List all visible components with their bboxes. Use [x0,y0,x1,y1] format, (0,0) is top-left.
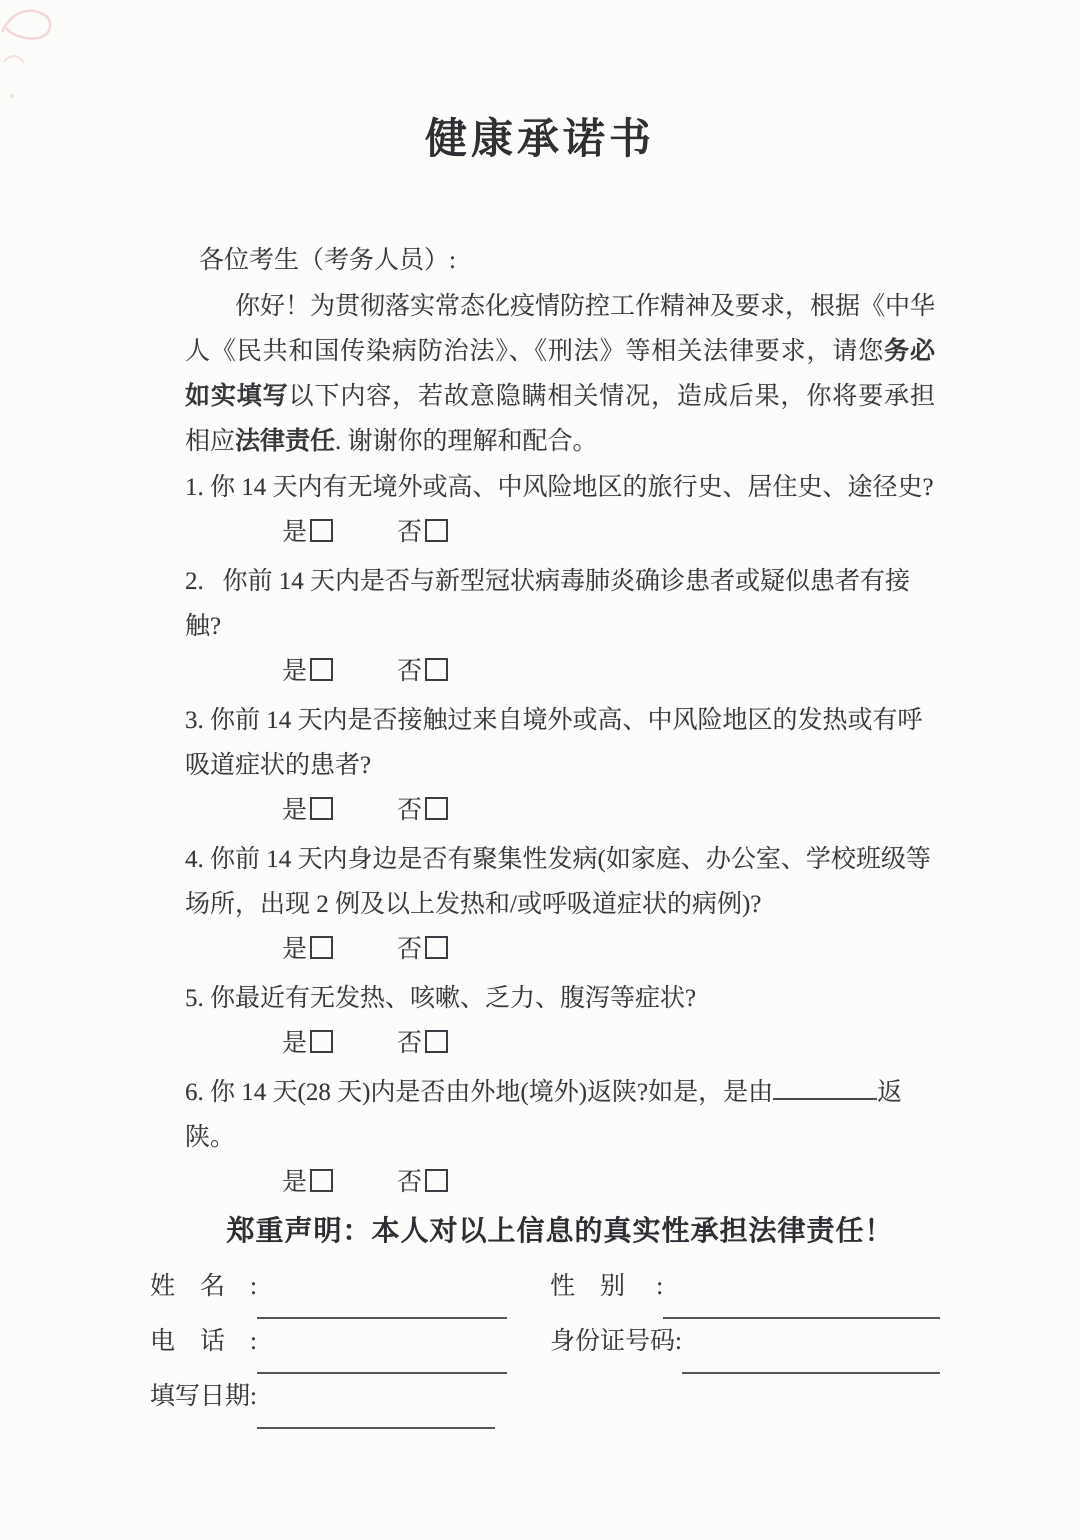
question-number: 3. [185,707,204,734]
signature-form: 姓 名 : 性 别 : 电 话 : 身份证号码: [150,1264,940,1419]
yes-checkbox[interactable] [310,1030,333,1053]
question-number: 6. [185,1079,204,1106]
question-6: 6. 你 14 天(28 天)内是否由外地(境外)返陕?如是，是由返陕。是否 [185,1070,935,1205]
phone-field: 电 话 : [150,1319,542,1364]
no-option: 否 [397,1169,448,1196]
fill-date-input-line[interactable] [257,1427,495,1429]
no-checkbox[interactable] [425,1030,448,1053]
gender-label: 性 别 : [550,1264,663,1309]
yes-option: 是 [282,797,333,824]
question-text: 5. 你最近有无发热、咳嗽、乏力、腹泻等症状? [185,976,935,1021]
no-option: 否 [397,797,448,824]
document-body: 各位考生（考务人员）: 你好！为贯彻落实常态化疫情防控工作精神及要求，根据《中华… [185,238,935,1419]
id-number-label: 身份证号码: [550,1319,682,1364]
no-label: 否 [397,1030,422,1057]
red-pen-scribble [0,0,110,140]
yes-no-row: 是否 [185,788,935,833]
question-number: 5. [185,985,204,1012]
page-title: 健康承诺书 [0,106,1080,166]
yes-label: 是 [282,658,307,685]
intro-paragraph: 你好！为贯彻落实常态化疫情防控工作精神及要求，根据《中华人《民共和国传染病防治法… [185,284,935,464]
yes-checkbox[interactable] [310,658,333,681]
salutation: 各位考生（考务人员）: [185,238,935,283]
no-checkbox[interactable] [425,797,448,820]
yes-checkbox[interactable] [310,1169,333,1192]
question-number: 1. [185,474,204,501]
yes-label: 是 [282,1169,307,1196]
yes-checkbox[interactable] [310,519,333,542]
intro-text: . 谢谢你的理解和配合。 [335,428,598,455]
name-field: 姓 名 : [150,1264,542,1309]
no-option: 否 [397,519,448,546]
question-text: 4. 你前 14 天内身边是否有聚集性发病(如家庭、办公室、学校班级等场所，出现… [185,837,935,927]
question-5: 5. 你最近有无发热、咳嗽、乏力、腹泻等症状?是否 [185,976,935,1066]
yes-label: 是 [282,936,307,963]
yes-option: 是 [282,519,333,546]
fill-date-label: 填写日期: [150,1374,257,1419]
no-option: 否 [397,1030,448,1057]
questions-list: 1. 你 14 天内有无境外或高、中风险地区的旅行史、居住史、途径史?是否2. … [185,465,935,1205]
question-3: 3. 你前 14 天内是否接触过来自境外或高、中风险地区的发热或有呼吸道症状的患… [185,698,935,833]
form-row-2: 电 话 : 身份证号码: [150,1319,940,1364]
no-label: 否 [397,797,422,824]
question-text: 2. 你前 14 天内是否与新型冠状病毒肺炎确诊患者或疑似患者有接触? [185,559,935,649]
question-number: 2. [185,568,204,595]
yes-checkbox[interactable] [310,797,333,820]
question-4: 4. 你前 14 天内身边是否有聚集性发病(如家庭、办公室、学校班级等场所，出现… [185,837,935,972]
form-row-1: 姓 名 : 性 别 : [150,1264,940,1309]
yes-option: 是 [282,936,333,963]
no-checkbox[interactable] [425,658,448,681]
no-checkbox[interactable] [425,519,448,542]
declaration: 郑重声明：本人对以上信息的真实性承担法律责任！ [185,1209,935,1254]
id-number-input-line[interactable] [682,1372,940,1374]
no-label: 否 [397,1169,422,1196]
no-checkbox[interactable] [425,1169,448,1192]
yes-no-row: 是否 [185,1021,935,1066]
question-1: 1. 你 14 天内有无境外或高、中风险地区的旅行史、居住史、途径史?是否 [185,465,935,555]
question-text: 1. 你 14 天内有无境外或高、中风险地区的旅行史、居住史、途径史? [185,465,935,510]
question-text: 6. 你 14 天(28 天)内是否由外地(境外)返陕?如是，是由返陕。 [185,1070,935,1160]
yes-checkbox[interactable] [310,936,333,959]
no-label: 否 [397,658,422,685]
yes-option: 是 [282,1030,333,1057]
yes-option: 是 [282,1169,333,1196]
intro-emphasis: 法律责任 [235,428,335,455]
yes-no-row: 是否 [185,649,935,694]
yes-no-row: 是否 [185,927,935,972]
gender-field: 性 别 : [542,1264,940,1309]
yes-label: 是 [282,1030,307,1057]
question-2: 2. 你前 14 天内是否与新型冠状病毒肺炎确诊患者或疑似患者有接触?是否 [185,559,935,694]
yes-no-row: 是否 [185,510,935,555]
question-number: 4. [185,846,204,873]
no-label: 否 [397,519,422,546]
form-row-3: 填写日期: [150,1374,940,1419]
question-text: 3. 你前 14 天内是否接触过来自境外或高、中风险地区的发热或有呼吸道症状的患… [185,698,935,788]
document-page: 健康承诺书 各位考生（考务人员）: 你好！为贯彻落实常态化疫情防控工作精神及要求… [0,0,1080,1540]
yes-label: 是 [282,797,307,824]
intro-text: 你好！为贯彻落实常态化疫情防控工作精神及要求，根据《中华人《民共和国传染病防治法… [185,293,935,365]
no-checkbox[interactable] [425,936,448,959]
no-option: 否 [397,936,448,963]
yes-option: 是 [282,658,333,685]
no-option: 否 [397,658,448,685]
fill-in-blank-line[interactable] [773,1073,877,1100]
name-label: 姓 名 : [150,1264,257,1309]
id-number-field: 身份证号码: [542,1319,940,1364]
phone-label: 电 话 : [150,1319,257,1364]
fill-date-field: 填写日期: [150,1374,542,1419]
yes-no-row: 是否 [185,1160,935,1205]
yes-label: 是 [282,519,307,546]
no-label: 否 [397,936,422,963]
